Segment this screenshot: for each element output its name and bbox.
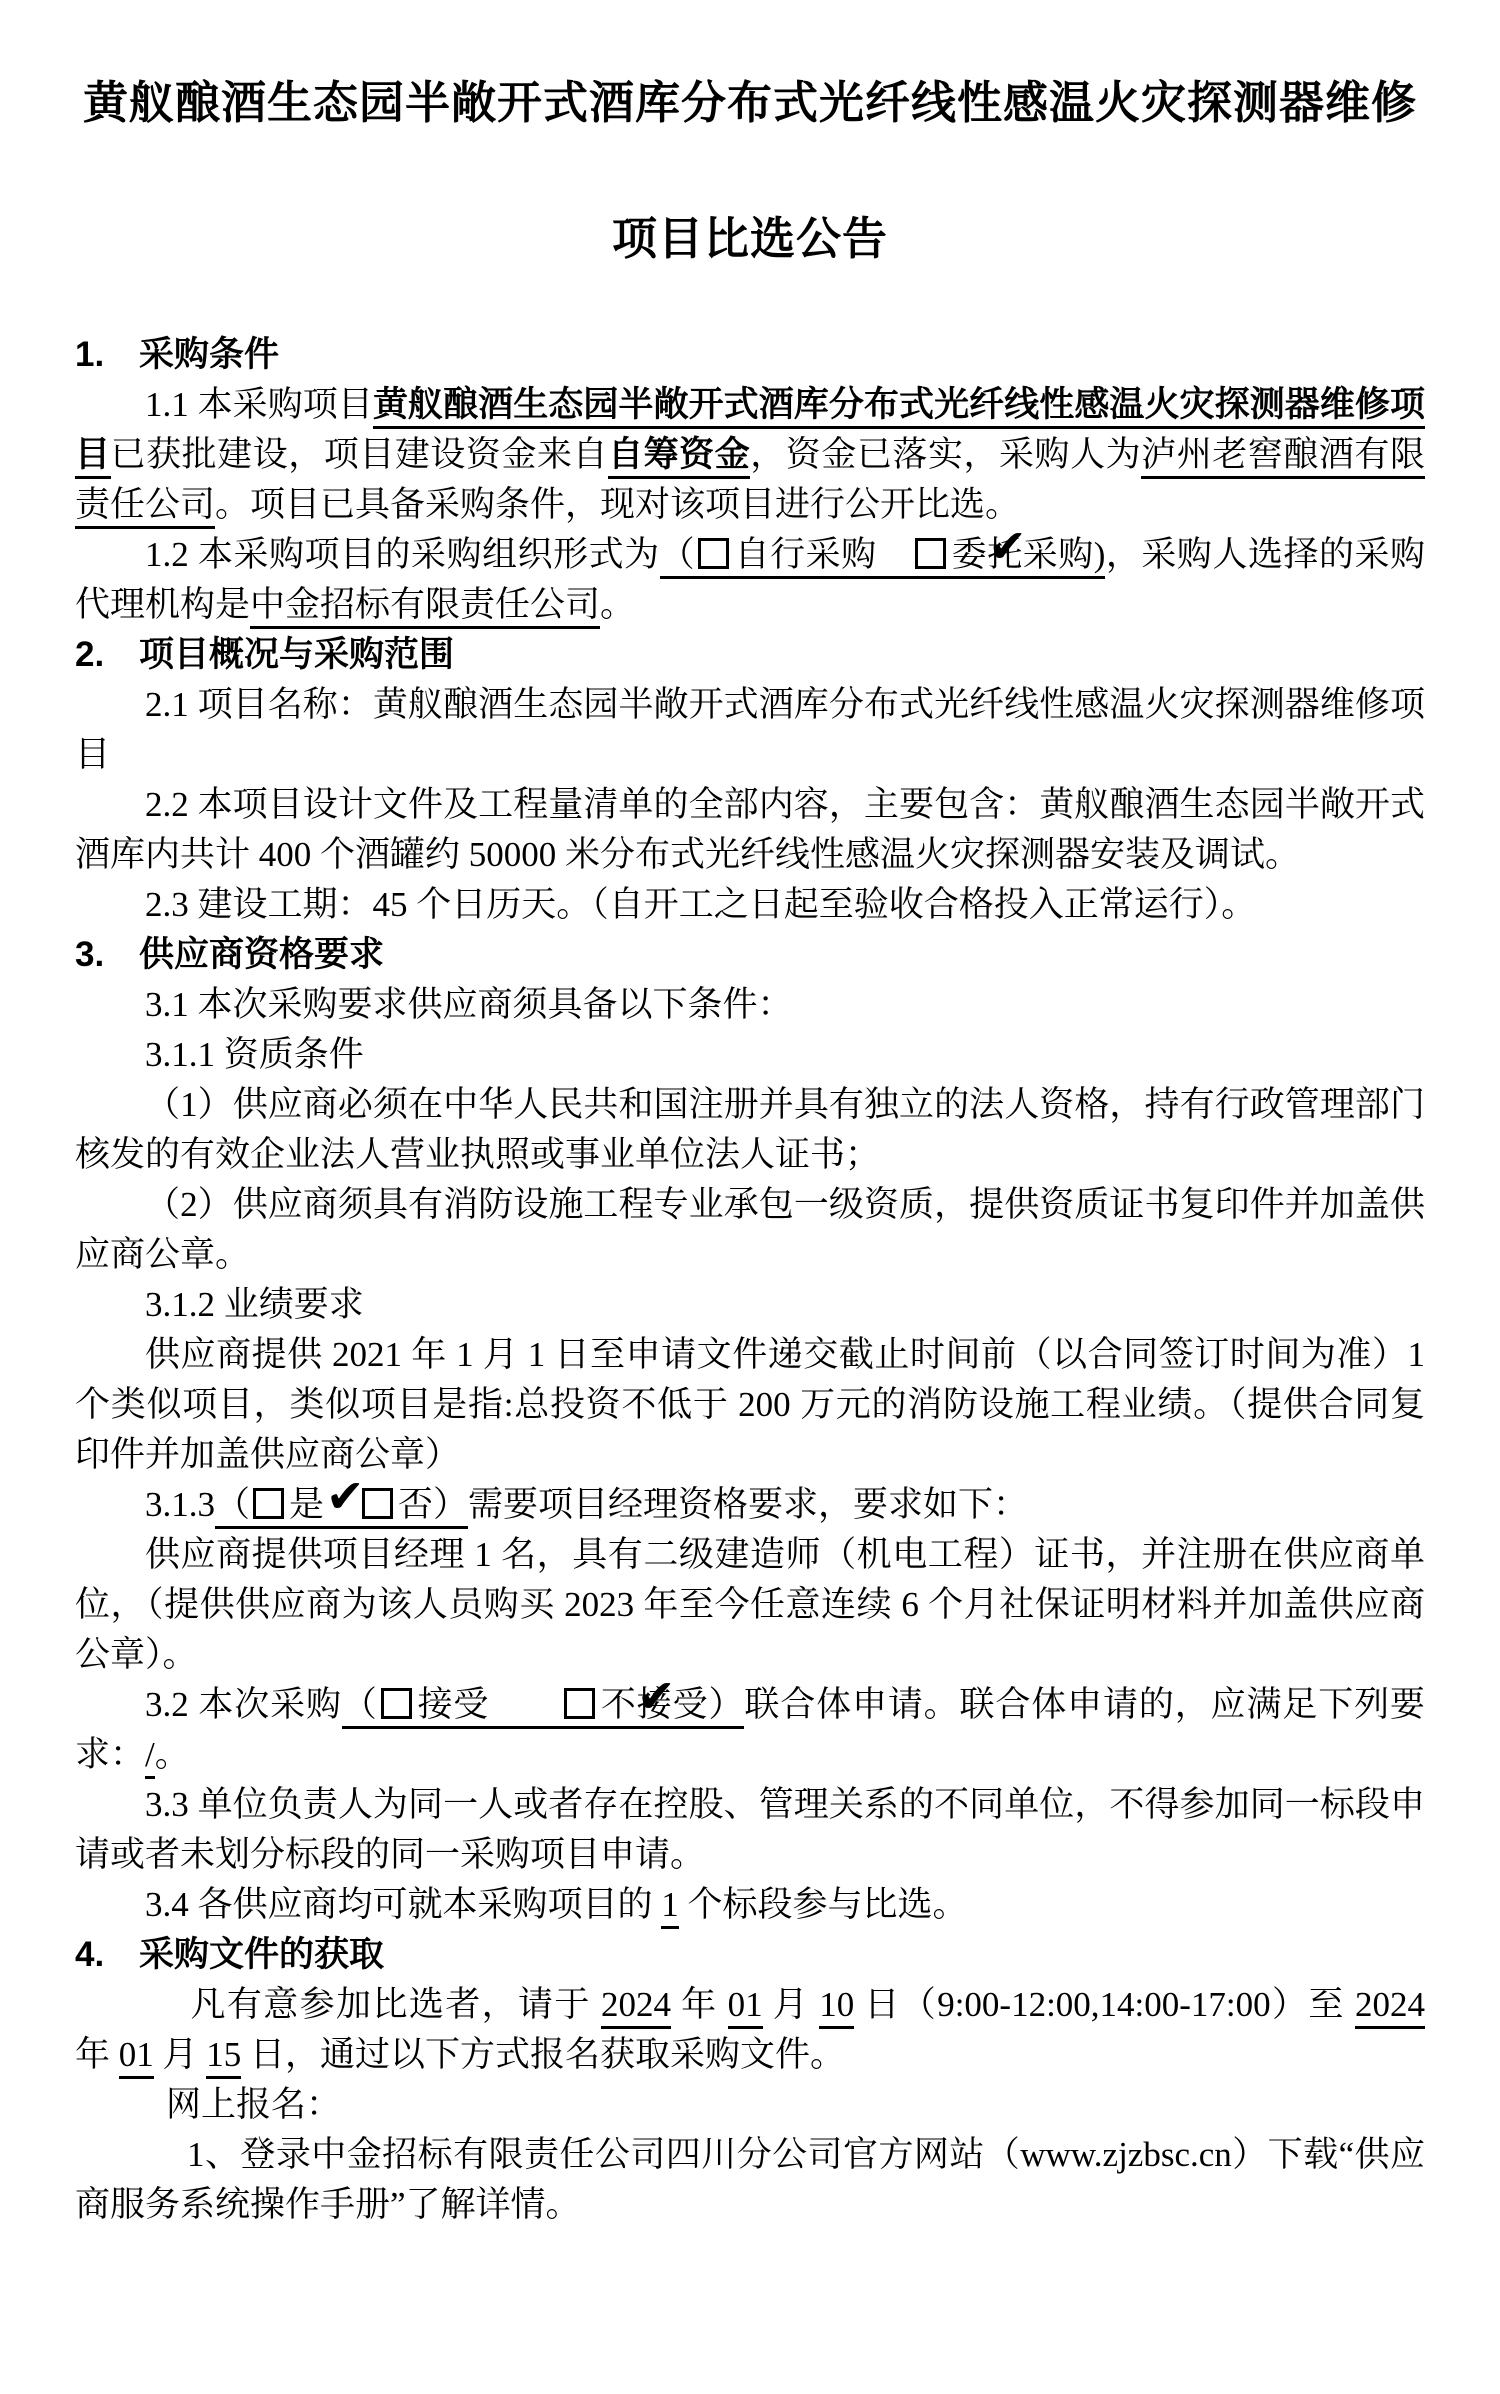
text-segment: 15 bbox=[206, 2035, 241, 2074]
section-heading: 4.采购文件的获取 bbox=[75, 1930, 1425, 1980]
text-segment: 日，通过以下方式报名获取采购文件。 bbox=[241, 2035, 845, 2074]
paragraph: 2.2 本项目设计文件及工程量清单的全部内容，主要包含：黄舣酿酒生态园半敞开式酒… bbox=[75, 780, 1425, 880]
document-page: 黄舣酿酒生态园半敞开式酒库分布式光纤线性感温火灾探测器维修 项目比选公告 1.采… bbox=[0, 0, 1500, 2394]
text-segment: 年 bbox=[75, 2035, 119, 2074]
text-segment: 3.1.1 资质条件 bbox=[145, 1035, 364, 1074]
text-segment: 2.2 本项目设计文件及工程量清单的全部内容，主要包含：黄舣酿酒生态园半敞开式酒… bbox=[75, 785, 1425, 874]
text-segment: 1.1 本采购项目 bbox=[145, 385, 373, 424]
text-segment: 供应商提供 2021 年 1 月 1 日至申请文件递交截止时间前（以合同签订时间… bbox=[75, 1335, 1425, 1474]
paragraph: 1.1 本采购项目黄舣酿酒生态园半敞开式酒库分布式光纤线性感温火灾探测器维修项目… bbox=[75, 380, 1425, 530]
underlined-run: 01 bbox=[728, 1985, 763, 2029]
text-segment: 自行采购 bbox=[734, 535, 912, 574]
text-segment: 2.3 建设工期：45 个日历天。（自开工之日起至验收合格投入正常运行）。 bbox=[145, 885, 1256, 924]
text-segment: 自筹资金 bbox=[608, 435, 750, 474]
underlined-run bbox=[378, 1685, 417, 1729]
text-segment: 01 bbox=[728, 1985, 763, 2024]
text-segment: 网上报名： bbox=[166, 2085, 341, 2124]
underlined-run: （ bbox=[660, 535, 696, 579]
paragraph: 3.3 单位负责人为同一人或者存在控股、管理关系的不同单位，不得参加同一标段申请… bbox=[75, 1780, 1425, 1880]
section-title: 供应商资格要求 bbox=[139, 935, 384, 974]
paragraph: 3.4 各供应商均可就本采购项目的 1 个标段参与比选。 bbox=[75, 1880, 1425, 1930]
underlined-run bbox=[695, 535, 734, 579]
underlined-run: 2024 bbox=[1355, 1985, 1425, 2029]
underlined-run: （ bbox=[215, 1485, 250, 1529]
text-segment: （1）供应商必须在中华人民共和国注册并具有独立的法人资格，持有行政管理部门核发的… bbox=[75, 1085, 1425, 1174]
paragraph: 3.1.2 业绩要求 bbox=[75, 1280, 1425, 1330]
text-segment: 月 bbox=[154, 2035, 207, 2074]
paragraph: 凡有意参加比选者，请于 2024 年 01 月 10 日（9:00-12:00,… bbox=[75, 1980, 1425, 2080]
paragraph: 2.3 建设工期：45 个日历天。（自开工之日起至验收合格投入正常运行）。 bbox=[75, 880, 1425, 930]
paragraph: 1.2 本采购项目的采购组织形式为（自行采购 ✔委托采购)，采购人选择的采购代理… bbox=[75, 530, 1425, 630]
section-heading: 1.采购条件 bbox=[75, 330, 1425, 380]
underlined-run: ✔ bbox=[561, 1685, 600, 1729]
text-segment: 月 bbox=[763, 1985, 820, 2024]
text-segment: ，资金已落实，采购人为 bbox=[750, 435, 1141, 474]
paragraph: （2）供应商须具有消防设施工程专业承包一级资质，提供资质证书复印件并加盖供应商公… bbox=[75, 1180, 1425, 1280]
underlined-run: 否） bbox=[398, 1485, 468, 1529]
document-title-line1: 黄舣酿酒生态园半敞开式酒库分布式光纤线性感温火灾探测器维修 bbox=[75, 76, 1425, 130]
text-segment: 2024 bbox=[1355, 1985, 1425, 2024]
text-segment: 3.1.3 bbox=[145, 1485, 215, 1524]
text-segment: 供应商提供项目经理 1 名，具有二级建造师（机电工程）证书，并注册在供应商单位，… bbox=[75, 1535, 1425, 1674]
underlined-run: ✔ bbox=[250, 1485, 289, 1529]
underlined-run: 接受 bbox=[417, 1685, 561, 1729]
underlined-run: 中金招标有限责任公司 bbox=[250, 585, 600, 629]
checkbox-unchecked-icon bbox=[698, 538, 729, 569]
paragraph: 供应商提供 2021 年 1 月 1 日至申请文件递交截止时间前（以合同签订时间… bbox=[75, 1330, 1425, 1480]
text-segment: 日（9:00-12:00,14:00-17:00）至 bbox=[854, 1985, 1355, 2024]
paragraph: 3.1.3（✔是 否）需要项目经理资格要求，要求如下： bbox=[75, 1480, 1425, 1530]
underlined-run: ✔ bbox=[912, 535, 951, 579]
section-heading: 2.项目概况与采购范围 bbox=[75, 630, 1425, 680]
paragraph: 网上报名： bbox=[75, 2080, 1425, 2130]
text-segment: 1 bbox=[661, 1885, 679, 1924]
text-segment: 3.1 本次采购要求供应商须具备以下条件： bbox=[145, 985, 793, 1024]
checkbox-checked-icon: ✔ bbox=[253, 1488, 284, 1519]
text-segment: 需要项目经理资格要求，要求如下： bbox=[468, 1485, 1028, 1524]
text-segment: 2024 bbox=[601, 1985, 671, 2024]
section-number: 3. bbox=[75, 930, 139, 980]
paragraph: 3.2 本次采购（接受 ✔不接受）联合体申请。联合体申请的，应满足下列要求：/。 bbox=[75, 1680, 1425, 1780]
checkbox-checked-icon: ✔ bbox=[564, 1688, 595, 1719]
section-number: 4. bbox=[75, 1930, 139, 1980]
paragraph: 2.1 项目名称：黄舣酿酒生态园半敞开式酒库分布式光纤线性感温火灾探测器维修项目 bbox=[75, 680, 1425, 780]
paragraph: 3.1.1 资质条件 bbox=[75, 1030, 1425, 1080]
check-mark-icon: ✔ bbox=[256, 1473, 365, 1519]
section-heading: 3.供应商资格要求 bbox=[75, 930, 1425, 980]
text-segment: / bbox=[145, 1735, 155, 1774]
text-segment: 3.3 单位负责人为同一人或者存在控股、管理关系的不同单位，不得参加同一标段申请… bbox=[75, 1785, 1425, 1874]
underlined-run: 2024 bbox=[601, 1985, 671, 2029]
checkbox-checked-icon: ✔ bbox=[915, 538, 946, 569]
text-segment: 年 bbox=[671, 1985, 728, 2024]
checkbox-unchecked-icon bbox=[362, 1488, 393, 1519]
text-segment: 个标段参与比选。 bbox=[679, 1885, 968, 1924]
text-segment: （2）供应商须具有消防设施工程专业承包一级资质，提供资质证书复印件并加盖供应商公… bbox=[75, 1185, 1425, 1274]
text-segment: 3.1.2 业绩要求 bbox=[145, 1285, 364, 1324]
text-segment: 。 bbox=[600, 585, 635, 624]
underlined-run: 10 bbox=[819, 1985, 854, 2029]
section-number: 1. bbox=[75, 330, 139, 380]
underlined-run: 自筹资金 bbox=[608, 435, 750, 479]
text-segment: （ bbox=[660, 535, 696, 574]
text-segment: 接受 bbox=[417, 1685, 561, 1724]
section-title: 采购文件的获取 bbox=[139, 1935, 384, 1974]
section-title: 项目概况与采购范围 bbox=[139, 635, 454, 674]
text-segment: 。 bbox=[155, 1735, 190, 1774]
text-segment: 3.2 本次采购 bbox=[145, 1685, 342, 1724]
text-segment: 2.1 项目名称：黄舣酿酒生态园半敞开式酒库分布式光纤线性感温火灾探测器维修项目 bbox=[75, 685, 1425, 774]
paragraph: 3.1 本次采购要求供应商须具备以下条件： bbox=[75, 980, 1425, 1030]
document-body: 1.采购条件1.1 本采购项目黄舣酿酒生态园半敞开式酒库分布式光纤线性感温火灾探… bbox=[75, 330, 1425, 2230]
check-mark-icon: ✔ bbox=[567, 1673, 676, 1719]
text-segment: （ bbox=[215, 1485, 250, 1524]
underlined-run: / bbox=[145, 1735, 155, 1779]
text-segment: 中金招标有限责任公司 bbox=[250, 585, 600, 624]
section-title: 采购条件 bbox=[139, 335, 279, 374]
text-segment: 1、登录中金招标有限责任公司四川分公司官方网站（www.zjzbsc.cn）下载… bbox=[75, 2135, 1425, 2224]
underlined-run: 15 bbox=[206, 2035, 241, 2079]
text-segment: 10 bbox=[819, 1985, 854, 2024]
text-segment: 1.2 本采购项目的采购组织形式为 bbox=[145, 535, 660, 574]
underlined-run: 1 bbox=[661, 1885, 679, 1929]
text-segment: 3.4 各供应商均可就本采购项目的 bbox=[145, 1885, 661, 1924]
paragraph: （1）供应商必须在中华人民共和国注册并具有独立的法人资格，持有行政管理部门核发的… bbox=[75, 1080, 1425, 1180]
underlined-run: 01 bbox=[119, 2035, 154, 2079]
text-segment: 凡有意参加比选者，请于 bbox=[191, 1985, 601, 2024]
text-segment: 否） bbox=[398, 1485, 468, 1524]
paragraph: 1、登录中金招标有限责任公司四川分公司官方网站（www.zjzbsc.cn）下载… bbox=[75, 2130, 1425, 2230]
text-segment: 01 bbox=[119, 2035, 154, 2074]
text-segment: 。项目已具备采购条件，现对该项目进行公开比选。 bbox=[215, 485, 1020, 524]
underlined-run: 自行采购 bbox=[734, 535, 912, 579]
text-segment: 已获批建设，项目建设资金来自 bbox=[111, 435, 609, 474]
check-mark-icon: ✔ bbox=[918, 523, 1027, 569]
paragraph: 供应商提供项目经理 1 名，具有二级建造师（机电工程）证书，并注册在供应商单位，… bbox=[75, 1530, 1425, 1680]
underlined-run: （ bbox=[342, 1685, 378, 1729]
underlined-run bbox=[359, 1485, 398, 1529]
text-segment: （ bbox=[342, 1685, 378, 1724]
checkbox-unchecked-icon bbox=[381, 1688, 412, 1719]
section-number: 2. bbox=[75, 630, 139, 680]
document-title-line2: 项目比选公告 bbox=[75, 212, 1425, 266]
